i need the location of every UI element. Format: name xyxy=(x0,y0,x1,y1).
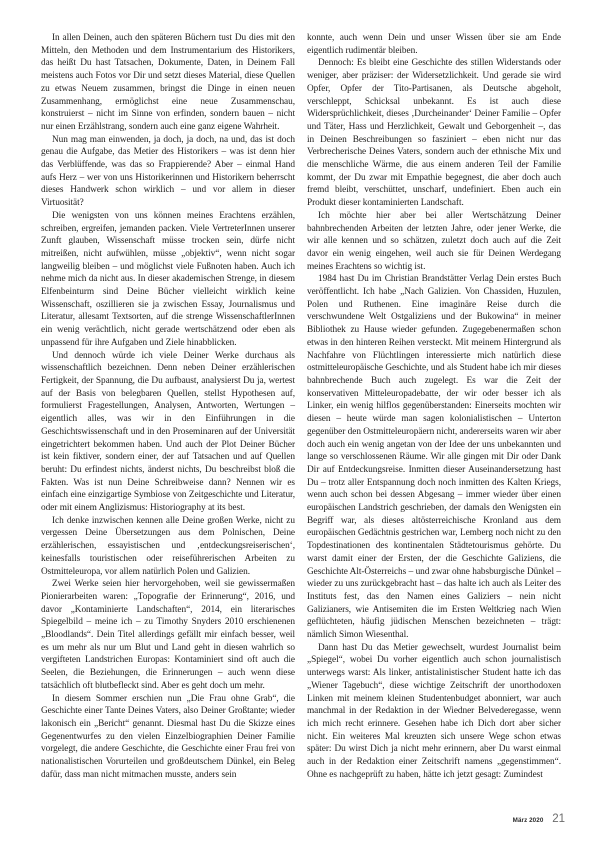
paragraph: Ich möchte hier aber bei aller Wertschät… xyxy=(307,210,561,274)
paragraph: Die wenigsten von uns können meines Erac… xyxy=(41,210,295,350)
paragraph: In diesem Sommer erschien nun „Die Frau … xyxy=(41,693,295,782)
paragraph-continuation: konnte, auch wenn Dein und unser Wissen … xyxy=(307,32,561,57)
left-column: In allen Deinen, auch den späteren Büche… xyxy=(41,32,295,781)
paragraph: Dann hast Du das Metier gewechselt, wurd… xyxy=(307,642,561,782)
text-columns: In allen Deinen, auch den späteren Büche… xyxy=(41,32,561,781)
paragraph: Ich denke inzwischen kennen alle Deine g… xyxy=(41,515,295,579)
paragraph: Zwei Werke seien hier hervorgehoben, wei… xyxy=(41,578,295,692)
paragraph: Dennoch: Es bleibt eine Geschichte des s… xyxy=(307,57,561,209)
page-footer: März 2020 21 xyxy=(510,813,565,825)
page-number: 21 xyxy=(552,813,565,825)
issue-date: März 2020 xyxy=(512,817,543,824)
magazine-page: In allen Deinen, auch den späteren Büche… xyxy=(0,0,600,849)
paragraph: Nun mag man einwenden, ja doch, ja doch,… xyxy=(41,134,295,210)
paragraph: 1984 hast Du im Christian Brandstätter V… xyxy=(307,273,561,641)
right-column: konnte, auch wenn Dein und unser Wissen … xyxy=(307,32,561,781)
paragraph: In allen Deinen, auch den späteren Büche… xyxy=(41,32,295,134)
paragraph: Und dennoch würde ich viele Deiner Werke… xyxy=(41,350,295,515)
